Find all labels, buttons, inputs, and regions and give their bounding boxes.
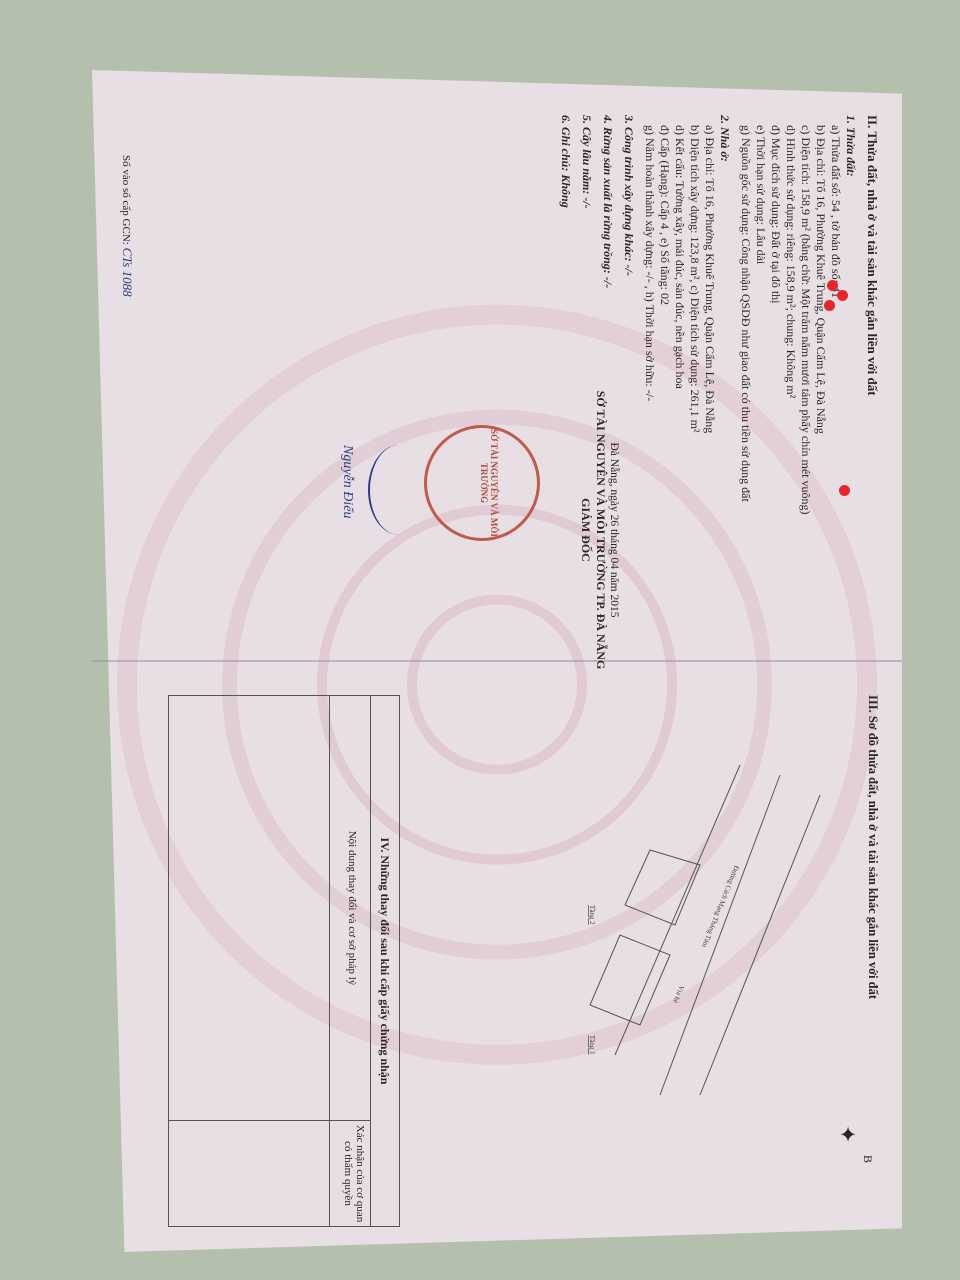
house-address-line: a) Địa chỉ: Tổ 16, Phường Khuê Trung, Qu…: [702, 115, 717, 675]
land-address-line: b) Địa chỉ: Tổ 16, Phường Khuê Trung, Qu…: [813, 115, 828, 675]
section3-title: III. Sơ đồ thửa đất, nhà ở và tài sản kh…: [865, 695, 880, 1235]
land-area-line: c) Diện tích: 158,9 m² (bằng chữ: Một tr…: [798, 115, 813, 675]
signer-role: GIÁM ĐỐC: [578, 365, 593, 695]
signer-name: Nguyễn Điểu: [339, 445, 355, 518]
other-item: 6. Ghi chú: Không: [558, 115, 573, 675]
registration-number: Số vào sổ cấp GCN: CTs 1088: [119, 155, 135, 297]
changes-column-confirmation: Xác nhận của cơ quan có thẩm quyền: [330, 1121, 370, 1226]
organization-name: SỞ TÀI NGUYÊN VÀ MÔI TRƯỜNG TP. ĐÀ NẴNG: [593, 365, 608, 695]
redaction-mark: [837, 290, 848, 301]
svg-text:Tầng 1: Tầng 1: [588, 1035, 596, 1055]
section-diagram-and-changes: III. Sơ đồ thửa đất, nhà ở và tài sản kh…: [120, 695, 880, 1235]
redaction-mark: [827, 280, 838, 291]
other-item: 3. Công trình xây dựng khác: -/-: [621, 115, 636, 675]
official-stamp: SỞ TÀI NGUYÊN VÀ MÔI TRƯỜNG: [424, 425, 540, 541]
changes-content-cell: [169, 696, 329, 1121]
structure-line: d) Kết cấu: Tường xây, mái đúc, sàn đúc,…: [672, 115, 687, 675]
changes-column-content: Nội dung thay đổi và cơ sở pháp lý: [330, 696, 370, 1121]
parcel-diagram: Đường Cách Mạng Tháng Tám Vỉa hè Tầng 1 …: [580, 755, 840, 1115]
origin-line: g) Nguồn gốc sử dụng: Công nhận QSDĐ như…: [738, 115, 753, 675]
redaction-mark: [824, 300, 835, 311]
certificate-sheet: II. Thửa đất, nhà ở và tài sản khác gắn …: [100, 75, 910, 1250]
signature-icon: [368, 445, 430, 535]
house-area-line: b) Diện tích xây dựng: 123,8 m², c) Diện…: [687, 115, 702, 675]
house-heading: 2. Nhà ở:: [717, 115, 732, 675]
section4-title: IV. Những thay đổi sau khi cấp giấy chứn…: [370, 696, 399, 1226]
registration-value: CTs 1088: [120, 248, 135, 297]
term-line: e) Thời hạn sử dụng: Lâu dài: [753, 115, 768, 675]
section-land-and-house: II. Thửa đất, nhà ở và tài sản khác gắn …: [120, 115, 880, 675]
redaction-mark: [839, 485, 850, 496]
date-line: Đà Nẵng, ngày 26 tháng 04 năm 2015: [608, 365, 620, 695]
changes-table: IV. Những thay đổi sau khi cấp giấy chứn…: [168, 695, 400, 1227]
section2-title: II. Thửa đất, nhà ở và tài sản khác gắn …: [864, 115, 880, 675]
svg-text:Vỉa hè: Vỉa hè: [671, 984, 685, 1004]
compass-icon: ✦: [834, 1125, 860, 1143]
registration-label: Số vào sổ cấp GCN:: [120, 155, 132, 245]
changes-confirmation-cell: [169, 1121, 329, 1226]
land-heading: 1. Thửa đất:: [843, 115, 858, 675]
purpose-line: đ) Mục đích sử dụng: Đất ở tại đô thị: [768, 115, 783, 675]
use-form-line: d) Hình thức sử dụng: riêng: 158,9 m²; c…: [783, 115, 798, 675]
parcel-line: a) Thửa đất số: 54 , tờ bản đồ số: 41: [828, 115, 843, 675]
svg-text:Đường Cách Mạng Tháng Tám: Đường Cách Mạng Tháng Tám: [700, 864, 740, 949]
signature-block: Đà Nẵng, ngày 26 tháng 04 năm 2015 SỞ TÀ…: [578, 365, 620, 695]
svg-text:Tầng 2: Tầng 2: [588, 905, 596, 925]
grade-line: đ) Cấp (Hạng): Cấp 4 , e) Số tầng: 02: [657, 115, 672, 675]
compass-north-label: B: [860, 1155, 875, 1163]
year-line: g) Năm hoàn thành xây dựng: -/- , h) Thờ…: [642, 115, 657, 675]
